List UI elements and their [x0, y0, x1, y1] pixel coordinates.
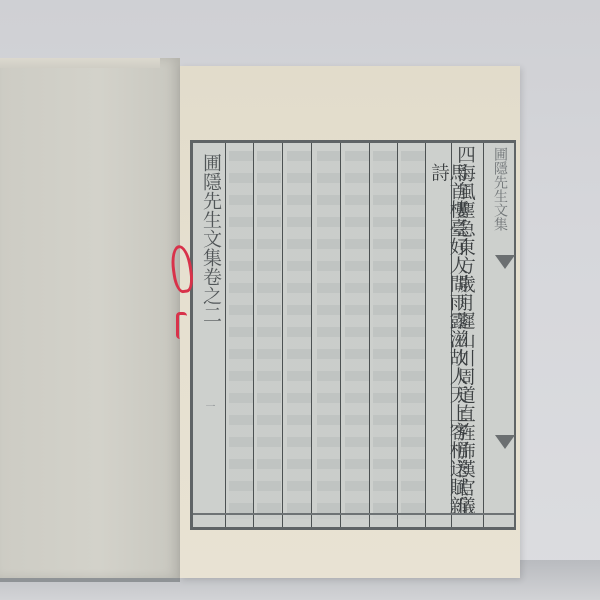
column-rule: [369, 143, 370, 527]
column-rule: [225, 143, 226, 527]
fish-tail-mark-icon: [495, 255, 515, 269]
bottom-rule: [193, 513, 514, 515]
faded-column: [317, 151, 341, 519]
photo-scene: 圃隱先生文集卷之二 一 四海風塵急東方歲月遲山川周道直旌旆漢官儀 馬首樓臺好人間…: [0, 0, 600, 600]
column-rule: [311, 143, 312, 527]
faded-column: [373, 151, 397, 519]
poem-line-2: 馬首樓臺好人間雨露滋故人天上客相送賦新詩: [429, 163, 466, 527]
faded-column: [401, 151, 425, 519]
column-rule: [340, 143, 341, 527]
column-rule: [397, 143, 398, 527]
column-rule: [483, 143, 484, 527]
column-rule: [282, 143, 283, 527]
faded-column: [287, 151, 311, 519]
faded-column: [345, 151, 369, 519]
faded-column: [257, 151, 281, 519]
faded-column: [229, 151, 253, 519]
fish-tail-mark-icon: [495, 435, 515, 449]
page-number: 一: [203, 401, 213, 411]
left-page: [0, 58, 180, 582]
column-rule: [253, 143, 254, 527]
column-rule: [425, 143, 426, 527]
volume-title: 圃隱先生文集卷之二: [201, 153, 220, 324]
printed-frame: 圃隱先生文集卷之二 一 四海風塵急東方歲月遲山川周道直旌旆漢官儀 馬首樓臺好人間…: [190, 140, 516, 530]
red-ink-mark: [176, 312, 187, 339]
page-header: 圃隱先生文集: [493, 147, 507, 231]
page-fold: [0, 58, 160, 68]
